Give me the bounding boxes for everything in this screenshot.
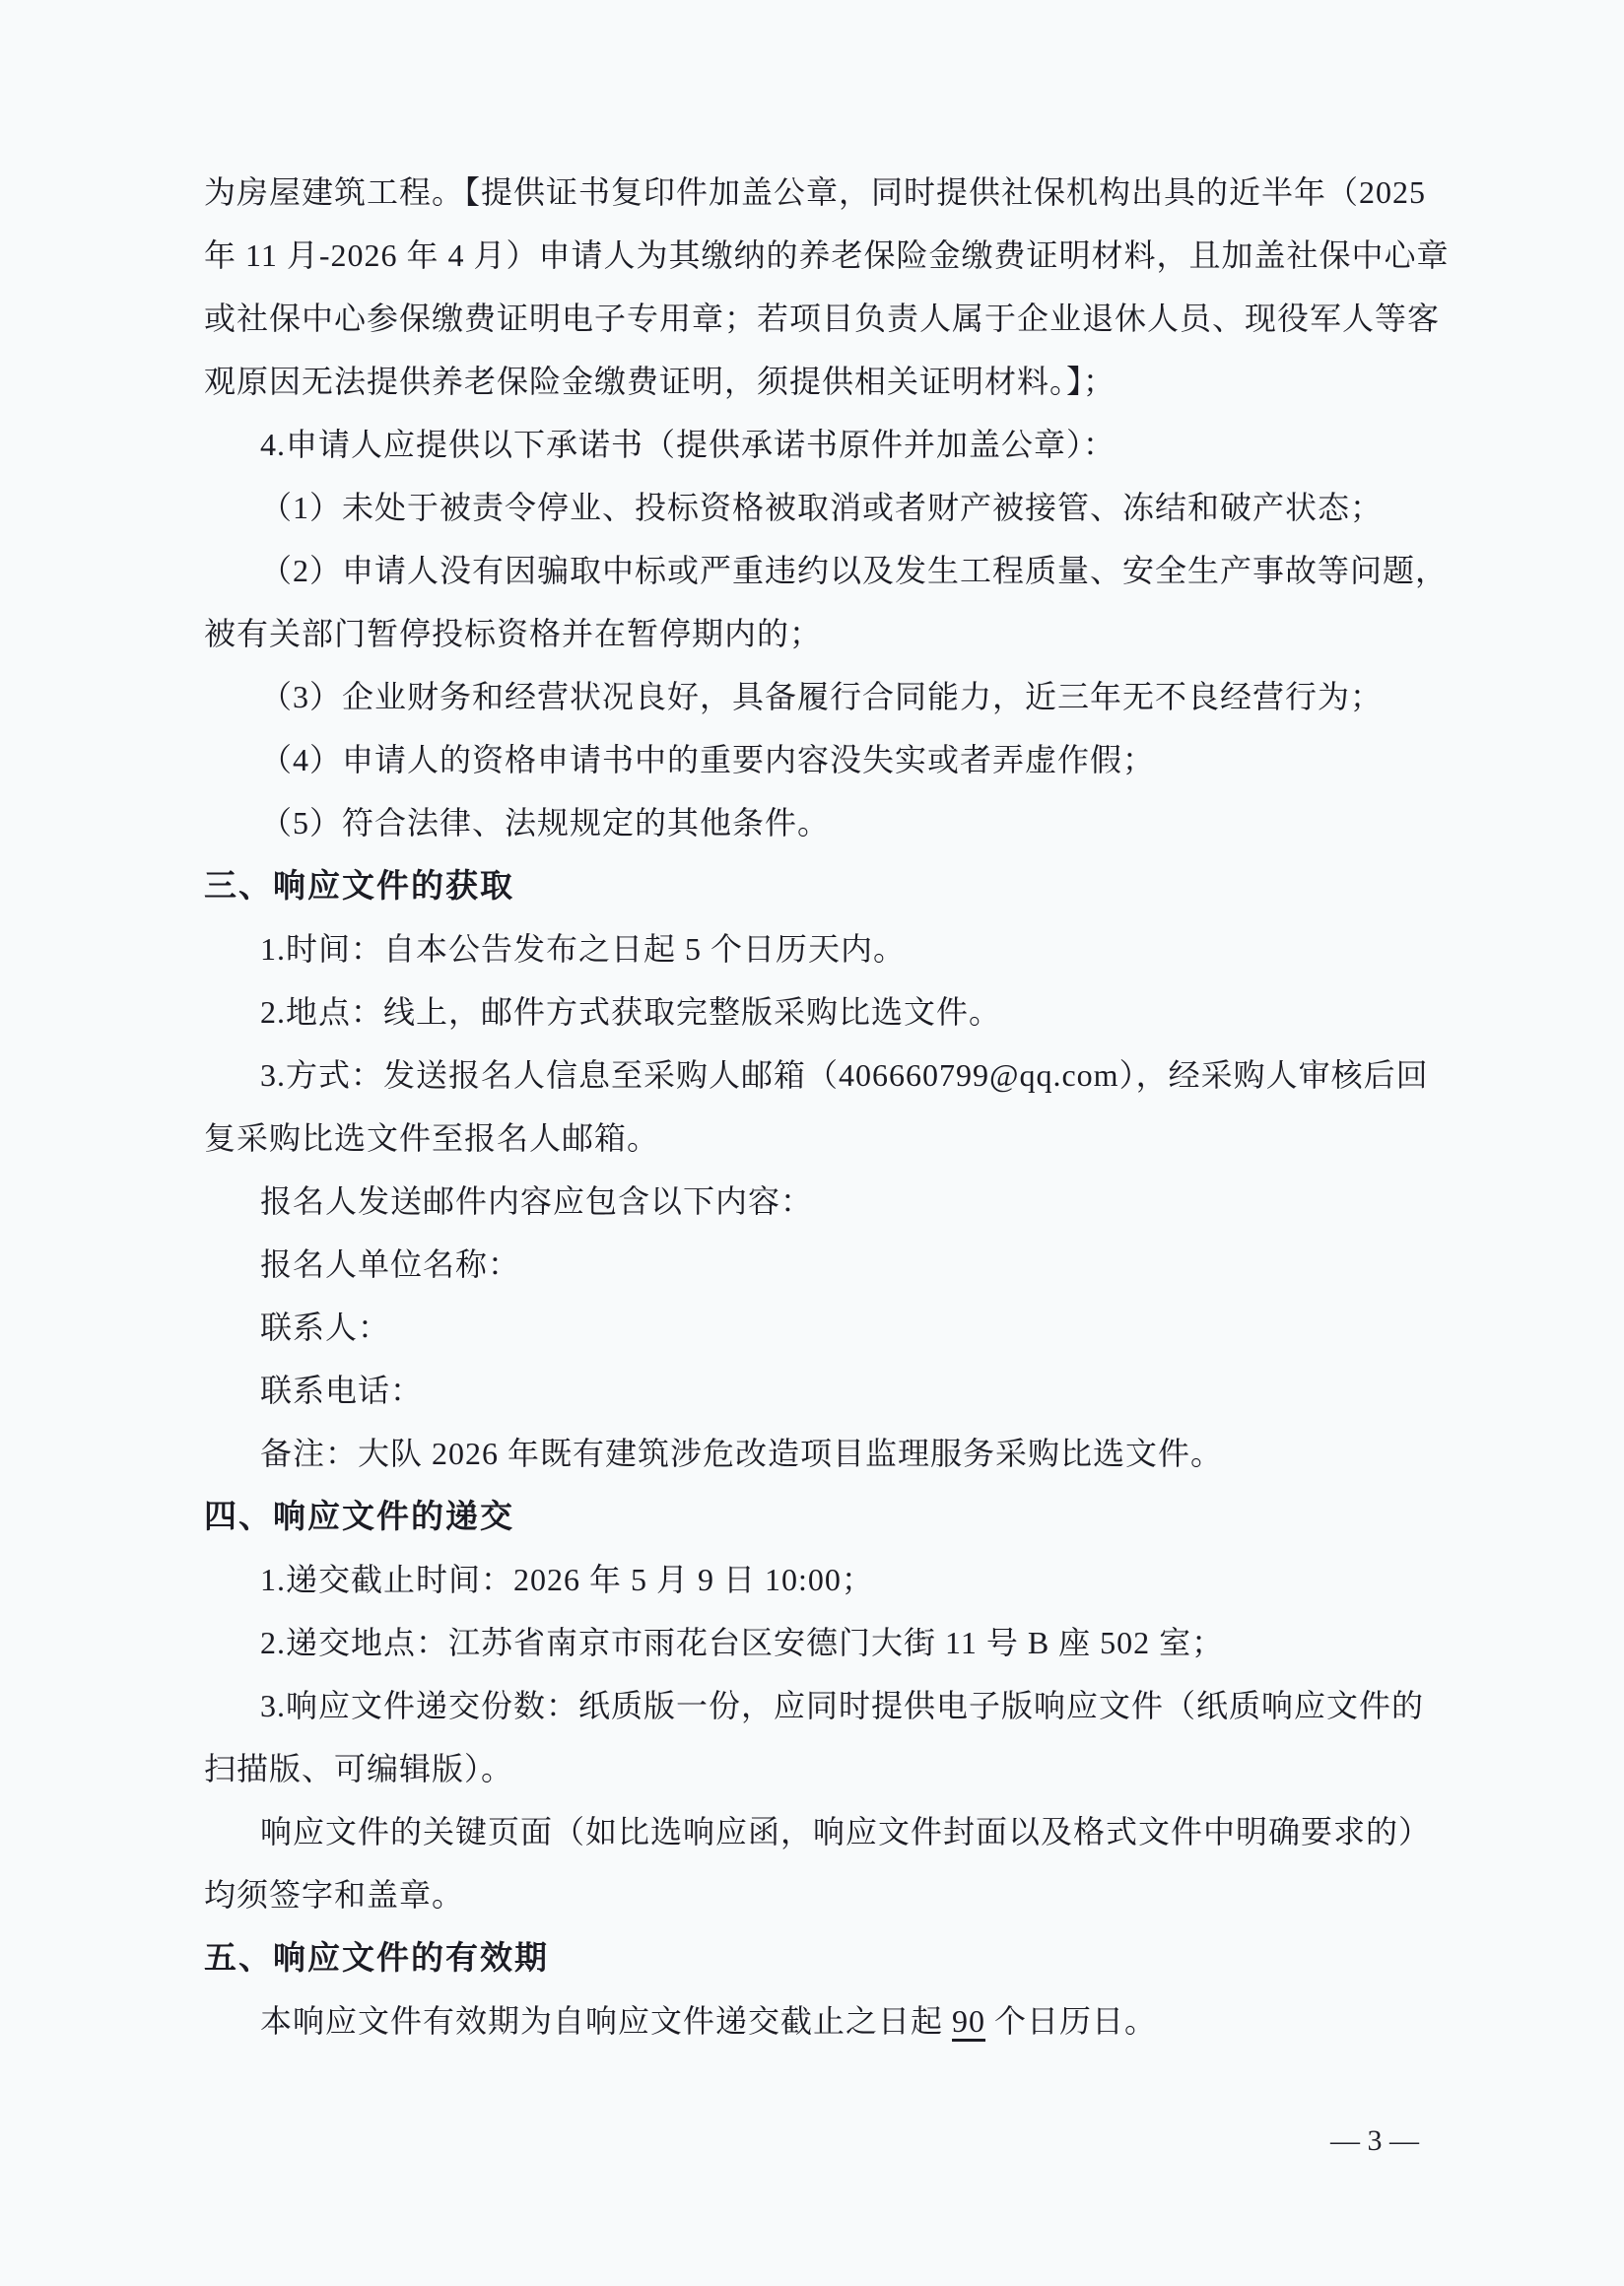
text-segment: 个日历日。 xyxy=(985,2003,1157,2039)
page-number: — 3 — xyxy=(1296,2117,1454,2166)
section-heading: 三、响应文件的获取 xyxy=(204,854,1432,917)
text-line: 1.递交截止时间：2026 年 5 月 9 日 10:00； xyxy=(204,1548,1432,1611)
text-line: 观原因无法提供养老保险金缴费证明，须提供相关证明材料。】； xyxy=(204,350,1432,413)
text-line: 2.递交地点：江苏省南京市雨花台区安德门大街 11 号 B 座 502 室； xyxy=(204,1611,1432,1674)
text-line: 响应文件的关键页面（如比选响应函，响应文件封面以及格式文件中明确要求的） xyxy=(204,1800,1432,1863)
underlined-text: 90 xyxy=(952,2003,985,2039)
text-line: （2）申请人没有因骗取中标或严重违约以及发生工程质量、安全生产事故等问题， xyxy=(204,539,1432,602)
text-line: 扫描版、可编辑版）。 xyxy=(204,1737,1432,1800)
text-line: 为房屋建筑工程。【提供证书复印件加盖公章，同时提供社保机构出具的近半年（2025 xyxy=(204,161,1432,224)
text-line: 报名人发送邮件内容应包含以下内容： xyxy=(204,1170,1432,1233)
text-line: 复采购比选文件至报名人邮箱。 xyxy=(204,1107,1432,1170)
text-line: 报名人单位名称： xyxy=(204,1233,1432,1296)
document-body: 为房屋建筑工程。【提供证书复印件加盖公章，同时提供社保机构出具的近半年（2025… xyxy=(204,161,1432,2052)
text-line: （4）申请人的资格申请书中的重要内容没失实或者弄虚作假； xyxy=(204,728,1432,791)
text-line: 或社保中心参保缴费证明电子专用章；若项目负责人属于企业退休人员、现役军人等客 xyxy=(204,287,1432,350)
text-line: 联系人： xyxy=(204,1296,1432,1359)
text-line: 备注：大队 2026 年既有建筑涉危改造项目监理服务采购比选文件。 xyxy=(204,1422,1432,1485)
text-line: 4.申请人应提供以下承诺书（提供承诺书原件并加盖公章）： xyxy=(204,413,1432,476)
text-line: （1）未处于被责令停业、投标资格被取消或者财产被接管、冻结和破产状态； xyxy=(204,476,1432,539)
text-line: 被有关部门暂停投标资格并在暂停期内的； xyxy=(204,602,1432,665)
text-line: 3.方式：发送报名人信息至采购人邮箱（406660799@qq.com），经采购… xyxy=(204,1043,1432,1107)
text-line: 均须签字和盖章。 xyxy=(204,1863,1432,1926)
document-page: 为房屋建筑工程。【提供证书复印件加盖公章，同时提供社保机构出具的近半年（2025… xyxy=(0,0,1624,2286)
text-line: 3.响应文件递交份数：纸质版一份，应同时提供电子版响应文件（纸质响应文件的 xyxy=(204,1674,1432,1737)
text-line: 2.地点：线上，邮件方式获取完整版采购比选文件。 xyxy=(204,980,1432,1043)
text-line: 联系电话： xyxy=(204,1359,1432,1422)
text-line: 本响应文件有效期为自响应文件递交截止之日起 90 个日历日。 xyxy=(204,1989,1432,2052)
text-line: 1.时间：自本公告发布之日起 5 个日历天内。 xyxy=(204,917,1432,980)
text-line: （5）符合法律、法规规定的其他条件。 xyxy=(204,791,1432,854)
section-heading: 五、响应文件的有效期 xyxy=(204,1926,1432,1989)
text-segment: 本响应文件有效期为自响应文件递交截止之日起 xyxy=(260,2003,952,2039)
text-line: （3）企业财务和经营状况良好，具备履行合同能力，近三年无不良经营行为； xyxy=(204,665,1432,728)
text-line: 年 11 月-2026 年 4 月）申请人为其缴纳的养老保险金缴费证明材料，且加… xyxy=(204,224,1432,287)
section-heading: 四、响应文件的递交 xyxy=(204,1485,1432,1548)
